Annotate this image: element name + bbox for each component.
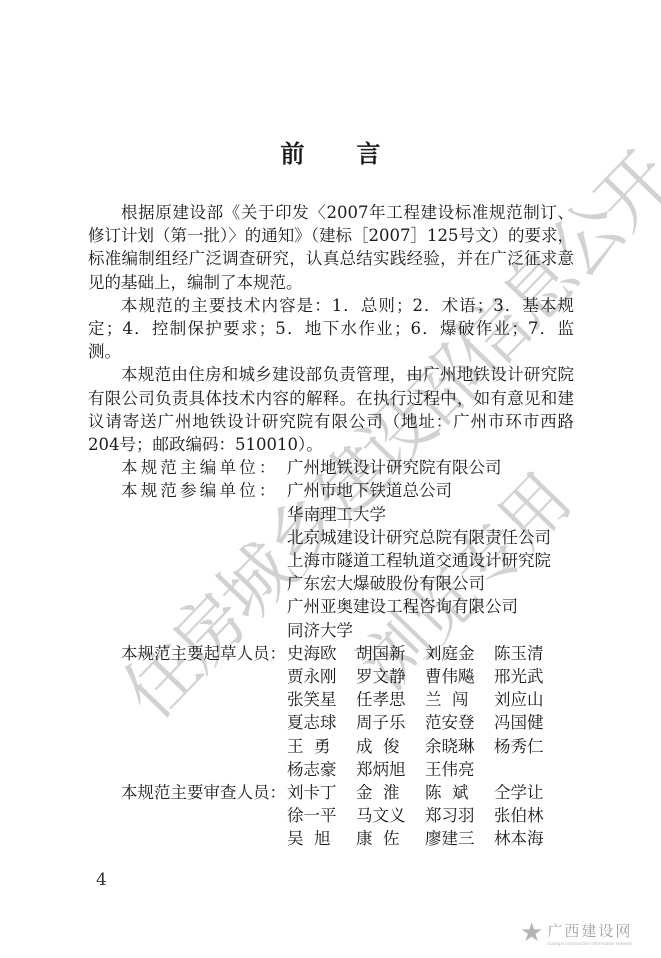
drafter-name: 王 勇 (287, 735, 356, 758)
reviewers-list: 刘卡丁 金 淮 陈 斌 仝学让 徐一平 马文义 郑习羽 张伯林 吴 旭 康 佐 … (287, 781, 563, 851)
star-icon: ★ (520, 918, 543, 948)
drafter-name: 任孝思 (356, 688, 425, 711)
participating-units-row: 本规范参编单位： 广州市地下铁道总公司 华南理工大学 北京城建设计研究总院有限责… (88, 479, 574, 641)
reviewer-name: 马文义 (356, 804, 425, 827)
page-number: 4 (96, 870, 107, 890)
title-char-2: 言 (357, 134, 381, 169)
reviewer-name: 康 佐 (356, 827, 425, 850)
site-logo: ★ 广西建设网 Guangxi construction information… (520, 918, 632, 948)
reviewer-name: 徐一平 (287, 804, 356, 827)
drafter-name: 刘应山 (494, 688, 563, 711)
drafter-name (494, 758, 563, 781)
chief-unit-label: 本规范主编单位： (88, 456, 287, 479)
drafter-name: 曹伟飚 (425, 665, 494, 688)
title-char-1: 前 (281, 134, 305, 169)
participating-units-label: 本规范参编单位： (88, 479, 287, 641)
document-page: 住房城乡建设部信息公开 浏览专用 前言 根据原建设部《关于印发〈2007年工程建… (0, 0, 661, 958)
drafter-name: 史海欧 (287, 642, 356, 665)
participating-unit: 华南理工大学 (287, 503, 551, 526)
logo-subtitle: Guangxi construction information network (547, 941, 632, 946)
paragraph-contents: 本规范的主要技术内容是：1．总则；2．术语；3．基本规定；4．控制保护要求；5．… (88, 294, 574, 364)
drafter-name: 余晓琳 (425, 735, 494, 758)
reviewer-name: 张伯林 (494, 804, 563, 827)
reviewer-name: 金 淮 (356, 781, 425, 804)
drafter-name: 罗文静 (356, 665, 425, 688)
reviewer-name: 陈 斌 (425, 781, 494, 804)
participating-unit: 广州亚奥建设工程咨询有限公司 (287, 595, 551, 618)
logo-name: 广西建设网 (547, 920, 632, 941)
drafter-name: 兰 闯 (425, 688, 494, 711)
drafter-name: 夏志球 (287, 711, 356, 734)
drafters-row: 本规范主要起草人员： 史海欧 胡国新 刘庭金 陈玉清 贾永刚 罗文静 曹伟飚 邢… (88, 642, 574, 781)
drafter-name: 王伟亮 (425, 758, 494, 781)
drafter-name: 杨志豪 (287, 758, 356, 781)
paragraph-background: 根据原建设部《关于印发〈2007年工程建设标准规范制订、修订计划（第一批）〉的通… (88, 201, 574, 294)
reviewers-row: 本规范主要审查人员： 刘卡丁 金 淮 陈 斌 仝学让 徐一平 马文义 郑习羽 张… (88, 781, 574, 851)
drafter-name: 陈玉清 (494, 642, 563, 665)
drafter-name: 贾永刚 (287, 665, 356, 688)
participating-unit: 上海市隧道工程轨道交通设计研究院 (287, 549, 551, 572)
drafter-name: 邢光武 (494, 665, 563, 688)
participating-units-list: 广州市地下铁道总公司 华南理工大学 北京城建设计研究总院有限责任公司 上海市隧道… (287, 479, 551, 641)
drafter-name: 胡国新 (356, 642, 425, 665)
drafters-list: 史海欧 胡国新 刘庭金 陈玉清 贾永刚 罗文静 曹伟飚 邢光武 张笑星 任孝思 … (287, 642, 563, 781)
reviewer-name: 郑习羽 (425, 804, 494, 827)
participating-unit: 广州市地下铁道总公司 (287, 479, 551, 502)
reviewers-label: 本规范主要审查人员： (88, 781, 287, 851)
participating-unit: 广东宏大爆破股份有限公司 (287, 572, 551, 595)
chief-unit-value: 广州地铁设计研究院有限公司 (287, 456, 502, 479)
reviewer-name: 吴 旭 (287, 827, 356, 850)
page-title: 前言 (0, 134, 661, 169)
drafter-name: 杨秀仁 (494, 735, 563, 758)
drafter-name: 成 俊 (356, 735, 425, 758)
paragraph-management: 本规范由住房和城乡建设部负责管理，由广州地铁设计研究院有限公司负责具体技术内容的… (88, 363, 574, 456)
preface-body: 根据原建设部《关于印发〈2007年工程建设标准规范制订、修订计划（第一批）〉的通… (88, 201, 574, 851)
reviewer-name: 仝学让 (494, 781, 563, 804)
drafters-label: 本规范主要起草人员： (88, 642, 287, 781)
reviewer-name: 廖建三 (425, 827, 494, 850)
participating-unit: 同济大学 (287, 619, 551, 642)
drafter-name: 郑炳旭 (356, 758, 425, 781)
chief-unit-row: 本规范主编单位： 广州地铁设计研究院有限公司 (88, 456, 574, 479)
drafter-name: 刘庭金 (425, 642, 494, 665)
participating-unit: 北京城建设计研究总院有限责任公司 (287, 526, 551, 549)
drafter-name: 周子乐 (356, 711, 425, 734)
drafter-name: 冯国健 (494, 711, 563, 734)
reviewer-name: 刘卡丁 (287, 781, 356, 804)
drafter-name: 范安登 (425, 711, 494, 734)
reviewer-name: 林本海 (494, 827, 563, 850)
drafter-name: 张笑星 (287, 688, 356, 711)
